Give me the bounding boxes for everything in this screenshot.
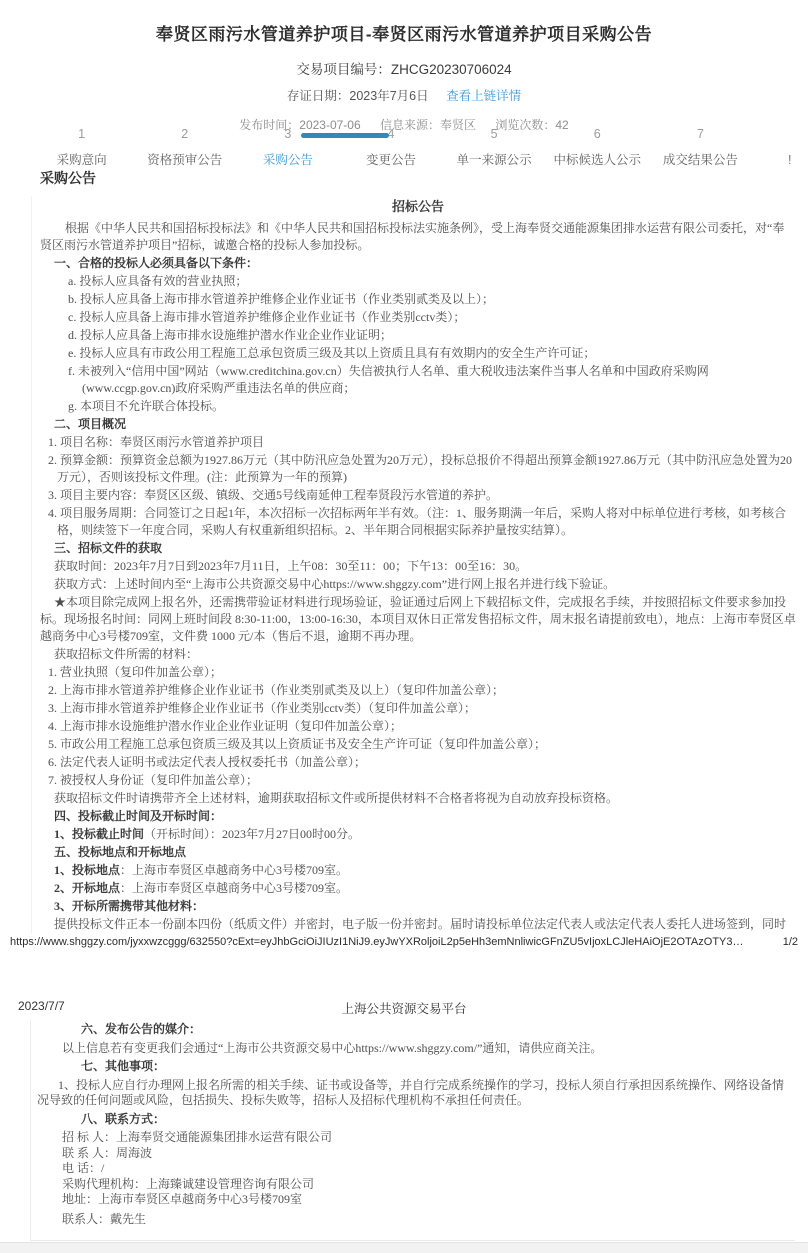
step-number: 2 bbox=[133, 127, 236, 141]
progress-line bbox=[301, 133, 389, 138]
page2-paragraphs: 六、发布公告的媒介：以上信息若有变更我们会通过“上海市公共资源交易中心https… bbox=[37, 1022, 795, 1231]
paragraph-text: 五、投标地点和开标地点 bbox=[54, 845, 186, 859]
section-title: 采购公告 bbox=[40, 168, 96, 188]
step-number: 1 bbox=[30, 127, 133, 141]
paragraph-text: 二、项目概况 bbox=[54, 417, 126, 431]
paragraph-text: g. 本项目不允许联合体投标。 bbox=[68, 399, 224, 413]
paragraph-text: f. 未被列入“信用中国”网站（www.creditchina.gov.cn）失… bbox=[68, 364, 709, 395]
paragraph: 3、开标所需携带其他材料： bbox=[40, 898, 796, 915]
paragraph: 2、开标地点：上海市奉贤区卓越商务中心3号楼709室。 bbox=[40, 880, 796, 897]
step-label: 成交结果公告 bbox=[649, 153, 752, 167]
paragraph: 一、合格的投标人必须具备以下条件： bbox=[40, 255, 796, 272]
paragraph: 4. 上海市排水设施维护潜水作业企业作业证明（复印件加盖公章）； bbox=[40, 718, 796, 735]
paragraph-text: 获取招标文件时请携带齐全上述材料，逾期获取招标文件或所提供材料不合格者将视为自动… bbox=[54, 791, 618, 805]
announcement-body: 招标公告 根据《中华人民共和国招标投标法》和《中华人民共和国招标投标法实施条例》… bbox=[40, 194, 796, 934]
paragraph: 以上信息若有变更我们会通过“上海市公共资源交易中心https://www.shg… bbox=[37, 1041, 795, 1057]
step-label: 采购意向 bbox=[30, 153, 133, 167]
step-label: 资格预审公告 bbox=[133, 153, 236, 167]
step-label: 变更公告 bbox=[339, 153, 442, 167]
trade-number-value: ZHCG20230706024 bbox=[391, 62, 512, 77]
page2-date: 2023/7/7 bbox=[18, 999, 65, 1013]
page-title: 奉贤区雨污水管道养护项目-奉贤区雨污水管道养护项目采购公告 bbox=[0, 20, 808, 45]
paragraph: f. 未被列入“信用中国”网站（www.creditchina.gov.cn）失… bbox=[40, 363, 796, 397]
paragraph: 获取方式：上述时间内至“上海市公共资源交易中心https://www.shggz… bbox=[40, 576, 796, 593]
step-item[interactable]: 1 采购意向 bbox=[30, 127, 133, 167]
page2-body: 六、发布公告的媒介：以上信息若有变更我们会通过“上海市公共资源交易中心https… bbox=[37, 1019, 795, 1231]
paragraph-text: 3. 项目主要内容：奉贤区区级、镇级、交通5号线南延伸工程奉贤段污水管道的养护。 bbox=[48, 488, 498, 502]
paragraph-text: 七、其他事项： bbox=[81, 1059, 165, 1073]
paragraph: 七、其他事项： bbox=[37, 1059, 795, 1075]
paragraph-text: 一、合格的投标人必须具备以下条件： bbox=[54, 256, 258, 270]
paragraph: 采购代理机构：上海臻诚建设管理咨询有限公司 bbox=[37, 1177, 795, 1193]
paragraph-text: 4. 上海市排水设施维护潜水作业企业作业证明（复印件加盖公章）； bbox=[48, 719, 402, 733]
paragraph-text: 获取时间：2023年7月7日到2023年7月11日，上午08：30至11：00；… bbox=[54, 559, 527, 573]
paragraph: d. 投标人应具备上海市排水设施维护潜水作业企业作业证明； bbox=[40, 327, 796, 344]
paragraph: 1、投标地点：上海市奉贤区卓越商务中心3号楼709室。 bbox=[40, 862, 796, 879]
paragraph: 根据《中华人民共和国招标投标法》和《中华人民共和国招标投标法实施条例》，受上海奉… bbox=[40, 220, 796, 254]
paragraph: 3. 项目主要内容：奉贤区区级、镇级、交通5号线南延伸工程奉贤段污水管道的养护。 bbox=[40, 487, 796, 504]
paragraph-text: ★本项目除完成网上报名外，还需携带验证材料进行现场验证，验证通过后网上下载招标文… bbox=[40, 595, 796, 643]
paragraph-text: 1. 项目名称：奉贤区雨污水管道养护项目 bbox=[48, 435, 264, 449]
step-number: 5 bbox=[443, 127, 546, 141]
paragraph-text: 八、联系方式： bbox=[81, 1112, 165, 1126]
paragraph-text: 联系人：戴先生 bbox=[62, 1212, 146, 1226]
cert-date-row: 存证日期：2023年7月6日 查看上链详情 bbox=[0, 86, 808, 104]
paragraph-text: d. 投标人应具备上海市排水设施维护潜水作业企业作业证明； bbox=[68, 328, 392, 342]
step-number: 7 bbox=[649, 127, 752, 141]
step-label: 中标候选人公示 bbox=[546, 153, 649, 167]
paragraph-text: （开标时间）：2023年7月27日00时00分。 bbox=[144, 827, 360, 841]
paragraph-text: 以上信息若有变更我们会通过“上海市公共资源交易中心https://www.shg… bbox=[62, 1041, 602, 1055]
page2-border-left bbox=[30, 1019, 31, 1240]
cert-date-value: 2023年7月6日 bbox=[349, 89, 428, 103]
paragraph-text: e. 投标人应具有市政公用工程施工总承包资质三级及其以上资质且具有有效期内的安全… bbox=[68, 346, 595, 360]
paragraph: 提供投标文件正本一份副本四份（纸质文件）并密封，电子版一份并密封。届时请投标单位… bbox=[40, 916, 796, 934]
paragraph: 1. 营业执照（复印件加盖公章）； bbox=[40, 664, 796, 681]
step-item[interactable]: 6 中标候选人公示 bbox=[546, 127, 649, 167]
paragraph-text: c. 投标人应具备上海市排水管道养护维修企业作业证书（作业类别cctv类）； bbox=[68, 310, 465, 324]
paragraph-text: 六、发布公告的媒介： bbox=[81, 1022, 201, 1036]
paragraph-text: 地址：上海市奉贤区卓越商务中心3号楼709室 bbox=[62, 1192, 302, 1206]
paragraph-text: 2. 预算金额：预算资金总额为1927.86万元（其中防汛应急处置为20万元），… bbox=[48, 453, 792, 484]
paragraph-bold-prefix: 2、开标地点 bbox=[54, 881, 120, 895]
paragraph: 八、联系方式： bbox=[37, 1112, 795, 1128]
paragraph: 招 标 人：上海奉贤交通能源集团排水运营有限公司 bbox=[37, 1130, 795, 1146]
paragraph-bold-prefix: 1、投标截止时间 bbox=[54, 827, 144, 841]
footer-url: https://www.shggzy.com/jyxxwzcggg/632550… bbox=[10, 936, 745, 948]
paragraph-text: 招 标 人：上海奉贤交通能源集团排水运营有限公司 bbox=[62, 1130, 332, 1144]
paragraph-text: 提供投标文件正本一份副本四份（纸质文件）并密封，电子版一份并密封。届时请投标单位… bbox=[40, 917, 786, 934]
page2-border-bottom bbox=[30, 1240, 795, 1241]
paragraph-text: 6. 法定代表人证明书或法定代表人授权委托书（加盖公章）； bbox=[48, 755, 366, 769]
paragraph-text: 4. 项目服务周期：合同签订之日起1年，本次招标一次招标两年半有效。（注：1、服… bbox=[48, 506, 786, 537]
paragraph-text: 电话：021-61434316 bbox=[37, 1230, 143, 1231]
paragraph: 1、投标截止时间（开标时间）：2023年7月27日00时00分。 bbox=[40, 826, 796, 843]
paragraph-bold-prefix: 1、投标地点 bbox=[54, 863, 120, 877]
paragraph: 三、招标文件的获取 bbox=[40, 540, 796, 557]
paragraph: a. 投标人应具备有效的营业执照； bbox=[40, 273, 796, 290]
paragraph-text: 电 话：/ bbox=[62, 1161, 104, 1175]
step-item[interactable]: 2 资格预审公告 bbox=[133, 127, 236, 167]
paragraph-text: 三、招标文件的获取 bbox=[54, 541, 162, 555]
paragraph: 联 系 人：周海波 bbox=[37, 1146, 795, 1162]
step-item[interactable]: 5 单一来源公示 bbox=[443, 127, 546, 167]
paragraph-text: 根据《中华人民共和国招标投标法》和《中华人民共和国招标投标法实施条例》，受上海奉… bbox=[40, 221, 784, 252]
trade-number-row: 交易项目编号：ZHCG20230706024 bbox=[0, 58, 808, 78]
paragraph: 获取时间：2023年7月7日到2023年7月11日，上午08：30至11：00；… bbox=[40, 558, 796, 575]
trade-number-label: 交易项目编号： bbox=[296, 62, 391, 77]
step-item[interactable]: 7 成交结果公告 bbox=[649, 127, 752, 167]
paragraph: 地址：上海市奉贤区卓越商务中心3号楼709室 bbox=[37, 1192, 795, 1208]
paragraph: 1、投标人应自行办理网上报名所需的相关手续、证书或设备等，并自行完成系统操作的学… bbox=[37, 1078, 795, 1109]
paragraph: ★本项目除完成网上报名外，还需携带验证材料进行现场验证，验证通过后网上下载招标文… bbox=[40, 594, 796, 645]
announcement-title: 招标公告 bbox=[40, 196, 796, 215]
page: 奉贤区雨污水管道养护项目-奉贤区雨污水管道养护项目采购公告 交易项目编号：ZHC… bbox=[0, 0, 808, 1253]
process-step-bar: 1 采购意向 2 资格预审公告 3 采购公告 4 变更公告 5 单一来源公示 6… bbox=[30, 127, 752, 167]
paragraph: 联系人：戴先生 bbox=[37, 1212, 795, 1228]
paragraph: 六、发布公告的媒介： bbox=[37, 1022, 795, 1038]
cert-date-label: 存证日期： bbox=[287, 89, 350, 103]
paragraph-text: ：上海市奉贤区卓越商务中心3号楼709室。 bbox=[120, 881, 348, 895]
page2-site-title: 上海公共资源交易平台 bbox=[0, 999, 808, 1017]
paragraph-text: 2. 上海市排水管道养护维修企业作业证书（作业类别贰类及以上）（复印件加盖公章）… bbox=[48, 683, 504, 697]
paragraph-text: 四、投标截止时间及开标时间： bbox=[54, 809, 222, 823]
step-label: 采购公告 bbox=[236, 153, 339, 167]
paragraph-text: 1、投标人应自行办理网上报名所需的相关手续、证书或设备等，并自行完成系统操作的学… bbox=[37, 1078, 784, 1108]
clipped-step-fragment: ! bbox=[788, 153, 794, 167]
paragraph: 电话：021-61434316 bbox=[37, 1230, 795, 1231]
page2-print-header: 2023/7/7 上海公共资源交易平台 bbox=[0, 999, 808, 1017]
paragraph: 四、投标截止时间及开标时间： bbox=[40, 808, 796, 825]
view-chain-link[interactable]: 查看上链详情 bbox=[446, 89, 521, 103]
paragraph: 6. 法定代表人证明书或法定代表人授权委托书（加盖公章）； bbox=[40, 754, 796, 771]
print-footer: https://www.shggzy.com/jyxxwzcggg/632550… bbox=[10, 936, 798, 948]
page-bottom-strip bbox=[0, 1242, 808, 1253]
paragraph: e. 投标人应具有市政公用工程施工总承包资质三级及其以上资质且具有有效期内的安全… bbox=[40, 345, 796, 362]
paragraph: g. 本项目不允许联合体投标。 bbox=[40, 398, 796, 415]
document-header: 奉贤区雨污水管道养护项目-奉贤区雨污水管道养护项目采购公告 交易项目编号：ZHC… bbox=[0, 20, 808, 133]
content-border-line bbox=[31, 196, 32, 934]
paragraph: 二、项目概况 bbox=[40, 416, 796, 433]
paragraph: 获取招标文件所需的材料： bbox=[40, 646, 796, 663]
paragraph-text: b. 投标人应具备上海市排水管道养护维修企业作业证书（作业类别贰类及以上）； bbox=[68, 292, 494, 306]
paragraph: 1. 项目名称：奉贤区雨污水管道养护项目 bbox=[40, 434, 796, 451]
paragraph: 4. 项目服务周期：合同签订之日起1年，本次招标一次招标两年半有效。（注：1、服… bbox=[40, 505, 796, 539]
paragraph-text: 联 系 人：周海波 bbox=[62, 1146, 152, 1160]
paragraph-text: a. 投标人应具备有效的营业执照； bbox=[68, 274, 247, 288]
paragraph-text: 采购代理机构：上海臻诚建设管理咨询有限公司 bbox=[62, 1177, 314, 1191]
paragraph-text: ：上海市奉贤区卓越商务中心3号楼709室。 bbox=[120, 863, 348, 877]
paragraph: b. 投标人应具备上海市排水管道养护维修企业作业证书（作业类别贰类及以上）； bbox=[40, 291, 796, 308]
paragraph: 电 话：/ bbox=[37, 1161, 795, 1177]
announcement-paragraphs: 根据《中华人民共和国招标投标法》和《中华人民共和国招标投标法实施条例》，受上海奉… bbox=[40, 220, 796, 934]
step-label: 单一来源公示 bbox=[443, 153, 546, 167]
paragraph: 2. 上海市排水管道养护维修企业作业证书（作业类别贰类及以上）（复印件加盖公章）… bbox=[40, 682, 796, 699]
page-indicator: 1/2 bbox=[783, 936, 798, 948]
paragraph-text: 获取方式：上述时间内至“上海市公共资源交易中心https://www.shggz… bbox=[54, 577, 615, 591]
paragraph-text: 3、开标所需携带其他材料： bbox=[54, 899, 204, 913]
paragraph: 7. 被授权人身份证（复印件加盖公章）； bbox=[40, 772, 796, 789]
paragraph-text: 5. 市政公用工程施工总承包资质三级及其以上资质证书及安全生产许可证（复印件加盖… bbox=[48, 737, 546, 751]
paragraph: 2. 预算金额：预算资金总额为1927.86万元（其中防汛应急处置为20万元），… bbox=[40, 452, 796, 486]
paragraph: c. 投标人应具备上海市排水管道养护维修企业作业证书（作业类别cctv类）； bbox=[40, 309, 796, 326]
paragraph: 获取招标文件时请携带齐全上述材料，逾期获取招标文件或所提供材料不合格者将视为自动… bbox=[40, 790, 796, 807]
paragraph: 5. 市政公用工程施工总承包资质三级及其以上资质证书及安全生产许可证（复印件加盖… bbox=[40, 736, 796, 753]
paragraph-text: 1. 营业执照（复印件加盖公章）； bbox=[48, 665, 222, 679]
paragraph-text: 7. 被授权人身份证（复印件加盖公章）； bbox=[48, 773, 258, 787]
paragraph: 五、投标地点和开标地点 bbox=[40, 844, 796, 861]
paragraph-text: 3. 上海市排水管道养护维修企业作业证书（作业类别cctv类）（复印件加盖公章）… bbox=[48, 701, 476, 715]
steps-grid: 1 采购意向 2 资格预审公告 3 采购公告 4 变更公告 5 单一来源公示 6… bbox=[30, 127, 752, 167]
paragraph-text: 获取招标文件所需的材料： bbox=[54, 647, 198, 661]
paragraph: 3. 上海市排水管道养护维修企业作业证书（作业类别cctv类）（复印件加盖公章）… bbox=[40, 700, 796, 717]
step-number: 6 bbox=[546, 127, 649, 141]
